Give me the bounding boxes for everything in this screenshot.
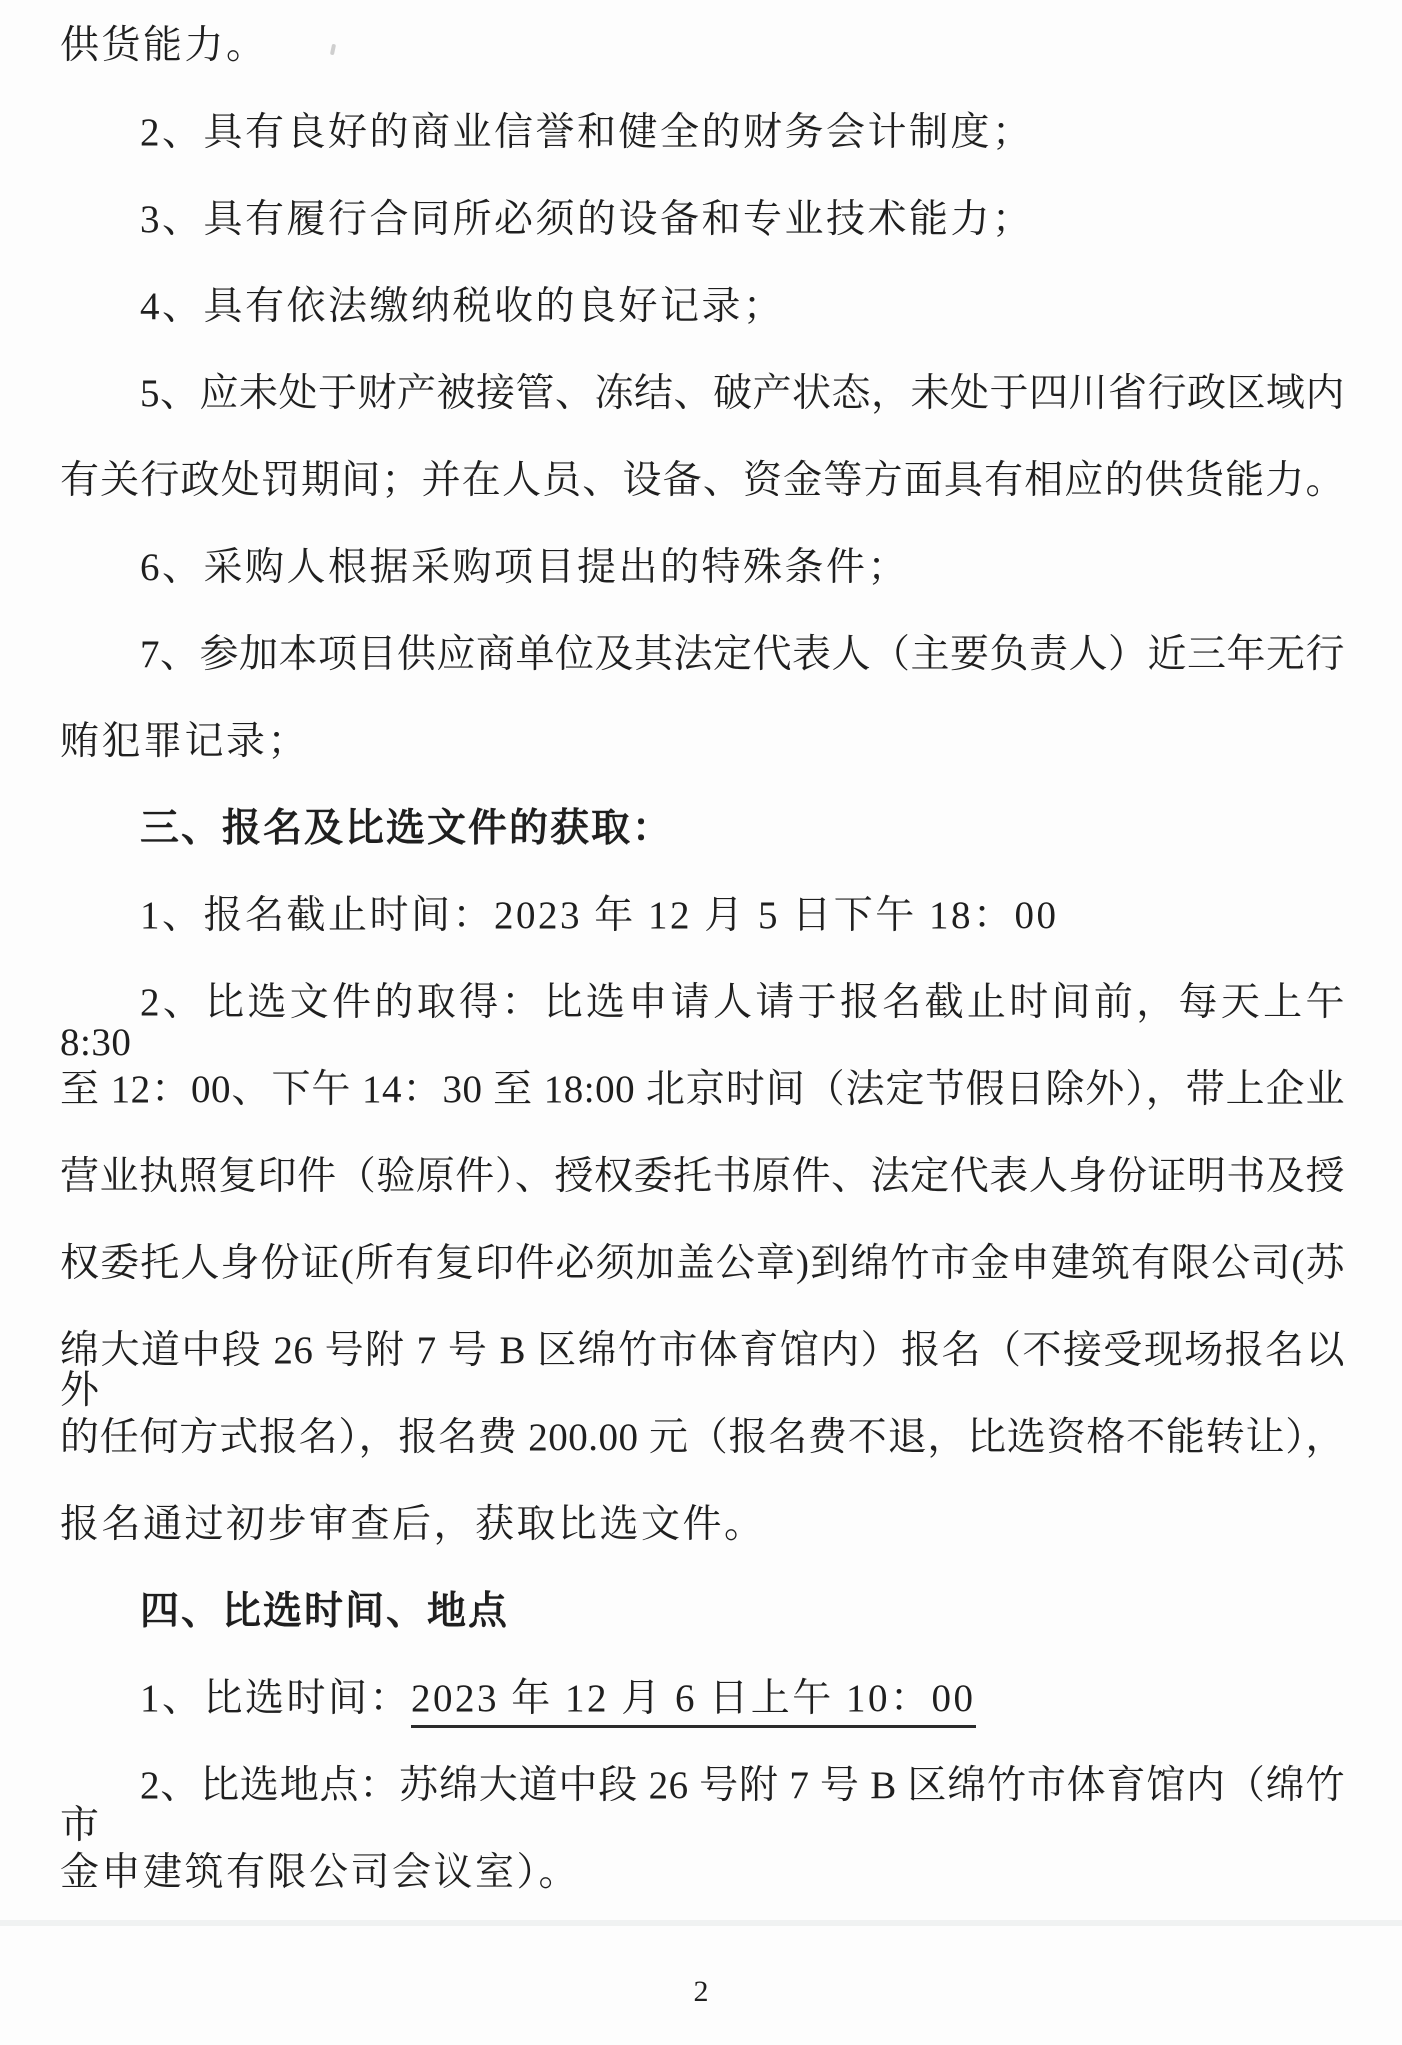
line-supply-capacity-tail: 供货能力。 <box>60 26 1345 66</box>
clause-special-conditions: 6、采购人根据采购项目提出的特殊条件； <box>60 548 1345 588</box>
scan-artifact-band <box>0 1920 1402 1926</box>
document-body: 供货能力。 2、具有良好的商业信誉和健全的财务会计制度； 3、具有履行合同所必须… <box>0 0 1402 1893</box>
clause-file-obtain-line2: 至 12：00、下午 14：30 至 18:00 北京时间（法定节假日除外），带… <box>60 1070 1345 1110</box>
page-number: 2 <box>0 1975 1402 2009</box>
clause-no-bribery-line2: 贿犯罪记录； <box>60 722 1345 762</box>
clause-file-obtain-line1: 2、比选文件的取得：比选申请人请于报名截止时间前，每天上午 8:30 <box>60 983 1345 1023</box>
clause-comparison-place-line2: 金申建筑有限公司会议室）。 <box>60 1853 1345 1893</box>
comparison-time-label: 1、比选时间： <box>140 1677 411 1720</box>
heading-section-three: 三、报名及比选文件的获取： <box>60 809 1345 849</box>
clause-file-obtain-line3: 营业执照复印件（验原件）、授权委托书原件、法定代表人身份证明书及授 <box>60 1157 1345 1197</box>
clause-comparison-place-line1: 2、比选地点：苏绵大道中段 26 号附 7 号 B 区绵竹市体育馆内（绵竹市 <box>60 1766 1345 1806</box>
clause-file-obtain-line6: 的任何方式报名），报名费 200.00 元（报名费不退，比选资格不能转让）， <box>60 1418 1345 1458</box>
comparison-time-value: 2023 年 12 月 6 日上午 10：00 <box>411 1677 976 1728</box>
heading-section-four: 四、比选时间、地点 <box>60 1592 1345 1632</box>
clause-no-bribery-line1: 7、参加本项目供应商单位及其法定代表人（主要负责人）近三年无行 <box>60 635 1345 675</box>
document-page: 供货能力。 2、具有良好的商业信誉和健全的财务会计制度； 3、具有履行合同所必须… <box>0 0 1402 2045</box>
clause-file-obtain-line5: 绵大道中段 26 号附 7 号 B 区绵竹市体育馆内）报名（不接受现场报名以外 <box>60 1331 1345 1371</box>
clause-business-reputation: 2、具有良好的商业信誉和健全的财务会计制度； <box>60 113 1345 153</box>
clause-file-obtain-line7: 报名通过初步审查后，获取比选文件。 <box>60 1505 1345 1545</box>
clause-file-obtain-line4: 权委托人身份证(所有复印件必须加盖公章)到绵竹市金申建筑有限公司(苏 <box>60 1244 1345 1284</box>
clause-equipment-capability: 3、具有履行合同所必须的设备和专业技术能力； <box>60 200 1345 240</box>
clause-asset-status-line1: 5、应未处于财产被接管、冻结、破产状态，未处于四川省行政区域内 <box>60 374 1345 414</box>
clause-asset-status-line2: 有关行政处罚期间；并在人员、设备、资金等方面具有相应的供货能力。 <box>60 461 1345 501</box>
clause-registration-deadline: 1、报名截止时间：2023 年 12 月 5 日下午 18：00 <box>60 896 1345 936</box>
clause-tax-record: 4、具有依法缴纳税收的良好记录； <box>60 287 1345 327</box>
clause-comparison-time: 1、比选时间：2023 年 12 月 6 日上午 10：00 <box>60 1679 1345 1719</box>
